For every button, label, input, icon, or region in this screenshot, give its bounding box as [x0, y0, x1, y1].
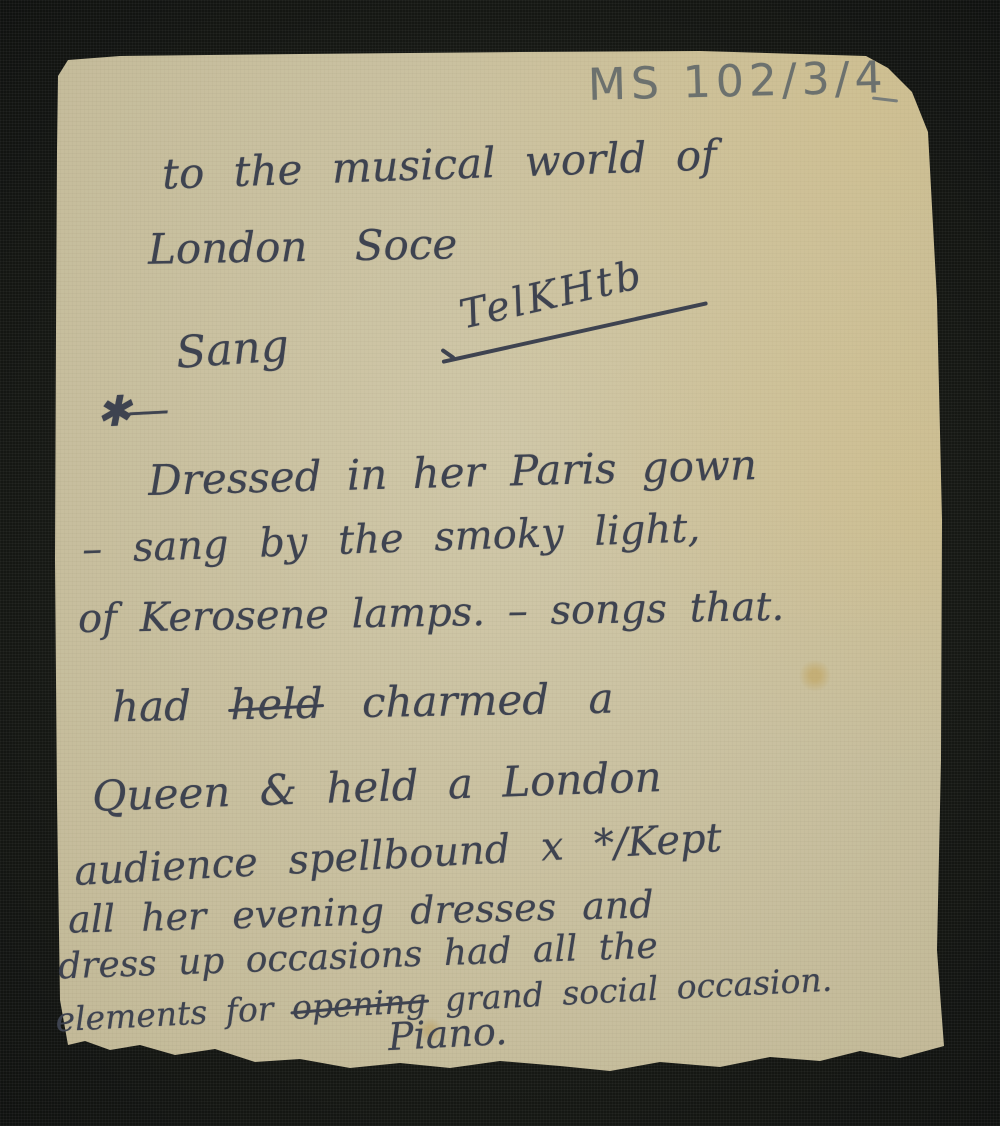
manuscript-line-body-4: had held charmed a: [112, 674, 614, 732]
asterisk-mark: ✱—: [95, 384, 167, 437]
manuscript-line-body-10: Piano.: [387, 1009, 508, 1059]
body-4-text: charmed a: [362, 674, 614, 727]
body-4-text: had: [112, 681, 192, 731]
manuscript-line-dedication-2: London Soce: [148, 219, 458, 273]
catalog-number: MS 102/3/4: [587, 52, 888, 111]
manuscript-line-sang: Sang: [174, 320, 290, 379]
photo-of-manuscript: MS 102/3/4 to the musical world of Londo…: [0, 0, 1000, 1126]
body-4-struck-word: held: [230, 679, 323, 730]
